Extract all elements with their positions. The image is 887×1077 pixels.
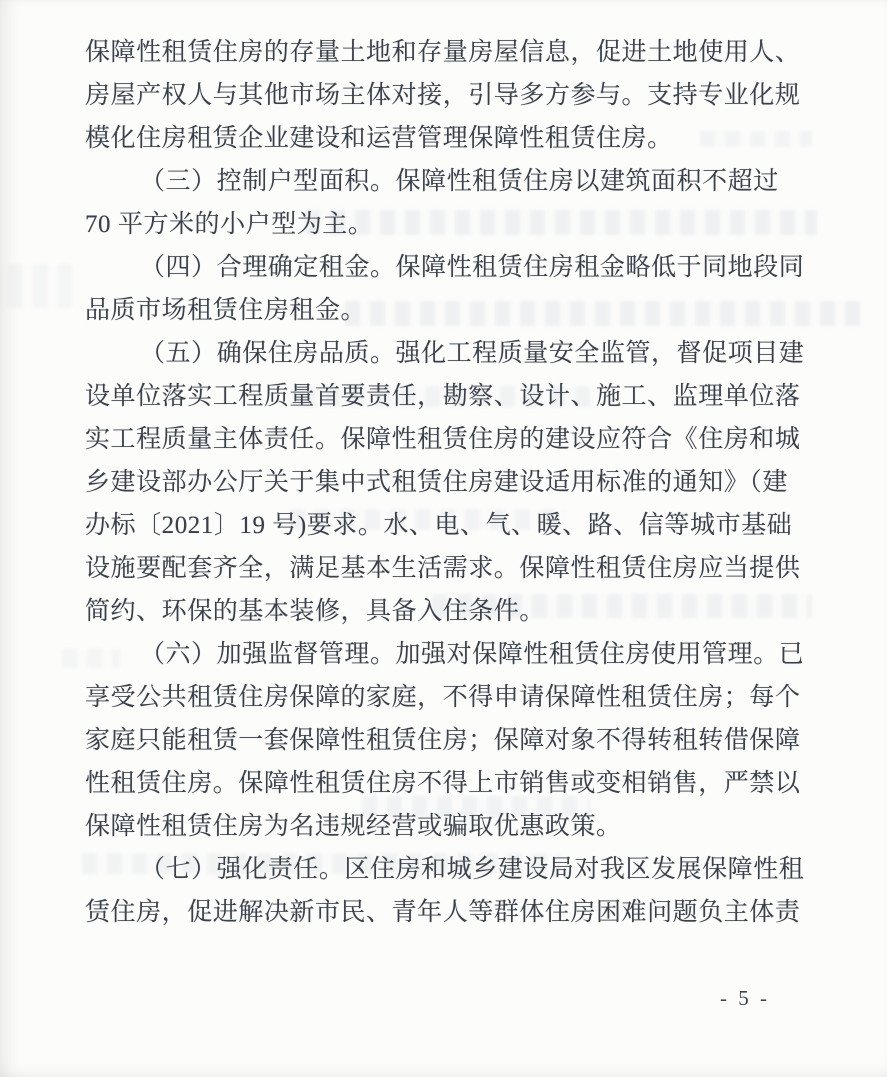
text-line: 赁住房，促进解决新市民、青年人等群体住房困难问题负主体责 bbox=[85, 891, 830, 934]
text-line: 品质市场租赁住房租金。 bbox=[85, 289, 830, 332]
paragraph-item-3: （三）控制户型面积。保障性租赁住房以建筑面积不超过 70 平方米的小户型为主。 bbox=[85, 160, 830, 246]
text-line: （六）加强监督管理。加强对保障性租赁住房使用管理。已 bbox=[85, 633, 830, 676]
page-number: - 5 - bbox=[700, 986, 790, 1011]
paragraph-item-5: （五）确保住房品质。强化工程质量安全监管，督促项目建 设单位落实工程质量首要责任… bbox=[85, 332, 830, 633]
text-line: 实工程质量主体责任。保障性租赁住房的建设应符合《住房和城 bbox=[85, 418, 830, 461]
text-line: 保障性租赁住房为名违规经营或骗取优惠政策。 bbox=[85, 805, 830, 848]
text-line: 办标〔2021〕19 号)要求。水、电、气、暖、路、信等城市基础 bbox=[85, 504, 830, 547]
text-line: 性租赁住房。保障性租赁住房不得上市销售或变相销售，严禁以 bbox=[85, 762, 830, 805]
text-line: 设施要配套齐全，满足基本生活需求。保障性租赁住房应当提供 bbox=[85, 547, 830, 590]
text-line: （七）强化责任。区住房和城乡建设局对我区发展保障性租 bbox=[85, 848, 830, 891]
scanned-document-page: 保障性租赁住房的存量土地和存量房屋信息，促进土地使用人、 房屋产权人与其他市场主… bbox=[0, 0, 887, 1077]
bleedthrough-artifact bbox=[8, 264, 72, 308]
text-line: 保障性租赁住房的存量土地和存量房屋信息，促进土地使用人、 bbox=[85, 31, 830, 74]
text-line: 设单位落实工程质量首要责任，勘察、设计、施工、监理单位落 bbox=[85, 375, 830, 418]
text-line: 享受公共租赁住房保障的家庭，不得申请保障性租赁住房；每个 bbox=[85, 676, 830, 719]
text-line: 家庭只能租赁一套保障性租赁住房；保障对象不得转租转借保障 bbox=[85, 719, 830, 762]
paragraph-item-6: （六）加强监督管理。加强对保障性租赁住房使用管理。已 享受公共租赁住房保障的家庭… bbox=[85, 633, 830, 848]
paragraph-item-7: （七）强化责任。区住房和城乡建设局对我区发展保障性租 赁住房，促进解决新市民、青… bbox=[85, 848, 830, 934]
document-body: 保障性租赁住房的存量土地和存量房屋信息，促进土地使用人、 房屋产权人与其他市场主… bbox=[85, 31, 830, 934]
text-line: 房屋产权人与其他市场主体对接，引导多方参与。支持专业化规 bbox=[85, 74, 830, 117]
text-line: （五）确保住房品质。强化工程质量安全监管，督促项目建 bbox=[85, 332, 830, 375]
text-line: 乡建设部办公厅关于集中式租赁住房建设适用标准的通知》（建 bbox=[85, 461, 830, 504]
paragraph-continuation: 保障性租赁住房的存量土地和存量房屋信息，促进土地使用人、 房屋产权人与其他市场主… bbox=[85, 31, 830, 160]
text-line: 70 平方米的小户型为主。 bbox=[85, 203, 830, 246]
text-line: 简约、环保的基本装修，具备入住条件。 bbox=[85, 590, 830, 633]
paragraph-item-4: （四）合理确定租金。保障性租赁住房租金略低于同地段同 品质市场租赁住房租金。 bbox=[85, 246, 830, 332]
text-line: 模化住房租赁企业建设和运营管理保障性租赁住房。 bbox=[85, 117, 830, 160]
text-line: （三）控制户型面积。保障性租赁住房以建筑面积不超过 bbox=[85, 160, 830, 203]
text-line: （四）合理确定租金。保障性租赁住房租金略低于同地段同 bbox=[85, 246, 830, 289]
